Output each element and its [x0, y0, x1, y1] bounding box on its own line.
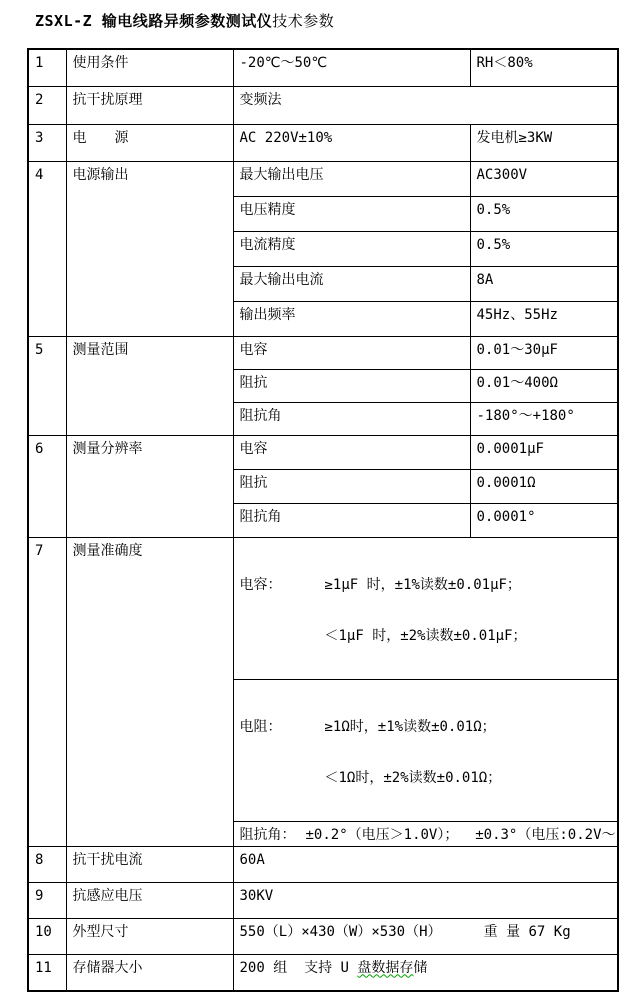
accuracy-line: ＜1Ω时，±2%读数±0.01Ω； — [240, 770, 615, 787]
row-number: 5 — [28, 336, 66, 435]
sub-spec-name: 电压精度 — [233, 196, 470, 231]
spec-value: AC 220V±10% — [233, 124, 470, 161]
sub-spec-value: 0.01～400Ω — [470, 369, 618, 402]
spec-value-2: RH＜80% — [470, 49, 618, 86]
sub-spec-value: 0.0001° — [470, 503, 618, 537]
spec-label: 外型尺寸 — [66, 918, 233, 954]
sub-spec-name: 最大输出电压 — [233, 161, 470, 196]
sub-spec-name: 电流精度 — [233, 231, 470, 266]
accuracy-term: 阻抗角： — [240, 827, 306, 844]
sub-spec-value: 0.5% — [470, 231, 618, 266]
sub-spec-name: 电容 — [233, 336, 470, 369]
document-page: ZSXL-Z 输电线路异频参数测试仪技术参数 1 使用条件 -20℃～50℃ R… — [0, 0, 641, 851]
sub-spec-value: 0.0001Ω — [470, 469, 618, 503]
row-number: 10 — [28, 918, 66, 954]
page-title: ZSXL-Z 输电线路异频参数测试仪技术参数 — [35, 10, 334, 31]
spec-row-2: 2 抗干扰原理 变频法 — [28, 86, 618, 124]
spec-table: 1 使用条件 -20℃～50℃ RH＜80% 2 抗干扰原理 变频法 3 电 源… — [27, 48, 619, 992]
spec-row-3: 3 电 源 AC 220V±10% 发电机≥3KW — [28, 124, 618, 161]
spec-row-5-sub-1: 5 测量范围 电容 0.01～30μF — [28, 336, 618, 369]
spec-label: 抗干扰原理 — [66, 86, 233, 124]
sub-spec-name: 阻抗角 — [233, 503, 470, 537]
sub-spec-value: AC300V — [470, 161, 618, 196]
page-title-model: ZSXL-Z 输电线路异频参数测试仪 — [35, 12, 272, 30]
row-number: 3 — [28, 124, 66, 161]
sub-spec-value: -180°～+180° — [470, 402, 618, 435]
spec-value: 变频法 — [233, 86, 618, 124]
spec-value-text: 200 组 支持 U — [240, 960, 358, 976]
spec-row-10: 10 外型尺寸 550（L）×430（W）×530（H） 重 量 67 Kg — [28, 918, 618, 954]
spec-row-7-capacitance: 7 测量准确度 电容：≥1μF 时，±1%读数±0.01μF； ＜1μF 时，±… — [28, 537, 618, 679]
sub-spec-name: 阻抗 — [233, 469, 470, 503]
spec-label: 测量分辨率 — [66, 435, 233, 537]
sub-spec-value: 45Hz、55Hz — [470, 301, 618, 336]
page-title-suffix: 技术参数 — [272, 12, 334, 30]
accuracy-text: ±0.2°（电压＞1.0V）； ±0.3°（电压:0.2V～1.0V)； — [306, 827, 619, 843]
sub-spec-name: 电容 — [233, 435, 470, 469]
spec-row-8: 8 抗干扰电流 60A — [28, 846, 618, 882]
spec-row-6-sub-1: 6 测量分辨率 电容 0.0001μF — [28, 435, 618, 469]
spec-value: 60A — [233, 846, 618, 882]
spec-value-text: 储 — [413, 960, 427, 976]
spec-label: 抗感应电压 — [66, 882, 233, 918]
sub-spec-value: 0.01～30μF — [470, 336, 618, 369]
spec-label: 电 源 — [66, 124, 233, 161]
sub-spec-value: 0.0001μF — [470, 435, 618, 469]
sub-spec-name: 阻抗 — [233, 369, 470, 402]
spec-label: 测量范围 — [66, 336, 233, 435]
row-number: 2 — [28, 86, 66, 124]
row-number: 6 — [28, 435, 66, 537]
spec-row-11: 11 存储器大小 200 组 支持 U 盘数据存储 — [28, 954, 618, 991]
accuracy-angle-cell: 阻抗角：±0.2°（电压＞1.0V）； ±0.3°（电压:0.2V～1.0V)； — [233, 821, 618, 846]
accuracy-text: ≥1Ω时，±1%读数±0.01Ω； — [325, 719, 496, 735]
accuracy-line: ＜1μF 时，±2%读数±0.01μF； — [240, 628, 615, 645]
spec-value: 30KV — [233, 882, 618, 918]
row-number: 1 — [28, 49, 66, 86]
spec-row-4-sub-1: 4 电源输出 最大输出电压 AC300V — [28, 161, 618, 196]
sub-spec-name: 输出频率 — [233, 301, 470, 336]
sub-spec-value: 8A — [470, 266, 618, 301]
spec-row-1: 1 使用条件 -20℃～50℃ RH＜80% — [28, 49, 618, 86]
spec-label: 抗干扰电流 — [66, 846, 233, 882]
accuracy-text: ＜1μF 时，±2%读数±0.01μF； — [325, 628, 527, 644]
accuracy-term: 电阻： — [240, 719, 325, 736]
spec-label: 测量准确度 — [66, 537, 233, 846]
row-number: 8 — [28, 846, 66, 882]
row-number: 9 — [28, 882, 66, 918]
sub-spec-name: 最大输出电流 — [233, 266, 470, 301]
spec-label: 使用条件 — [66, 49, 233, 86]
accuracy-term: 电容： — [240, 577, 325, 594]
sub-spec-value: 0.5% — [470, 196, 618, 231]
spec-value: 550（L）×430（W）×530（H） 重 量 67 Kg — [233, 918, 618, 954]
accuracy-capacitance-cell: 电容：≥1μF 时，±1%读数±0.01μF； ＜1μF 时，±2%读数±0.0… — [233, 537, 618, 679]
spec-value-2: 发电机≥3KW — [470, 124, 618, 161]
spec-value: -20℃～50℃ — [233, 49, 470, 86]
accuracy-line: 电容：≥1μF 时，±1%读数±0.01μF； — [240, 577, 615, 594]
spec-row-9: 9 抗感应电压 30KV — [28, 882, 618, 918]
row-number: 7 — [28, 537, 66, 846]
spec-value: 200 组 支持 U 盘数据存储 — [233, 954, 618, 991]
spec-label: 存储器大小 — [66, 954, 233, 991]
row-number: 4 — [28, 161, 66, 336]
accuracy-text: ＜1Ω时，±2%读数±0.01Ω； — [325, 770, 502, 786]
spec-label: 电源输出 — [66, 161, 233, 336]
accuracy-text: ≥1μF 时，±1%读数±0.01μF； — [325, 577, 521, 593]
sub-spec-name: 阻抗角 — [233, 402, 470, 435]
accuracy-line: 电阻：≥1Ω时，±1%读数±0.01Ω； — [240, 719, 615, 736]
accuracy-resistance-cell: 电阻：≥1Ω时，±1%读数±0.01Ω； ＜1Ω时，±2%读数±0.01Ω； — [233, 679, 618, 821]
row-number: 11 — [28, 954, 66, 991]
spellcheck-underlined-text: 盘数据存 — [357, 960, 413, 976]
